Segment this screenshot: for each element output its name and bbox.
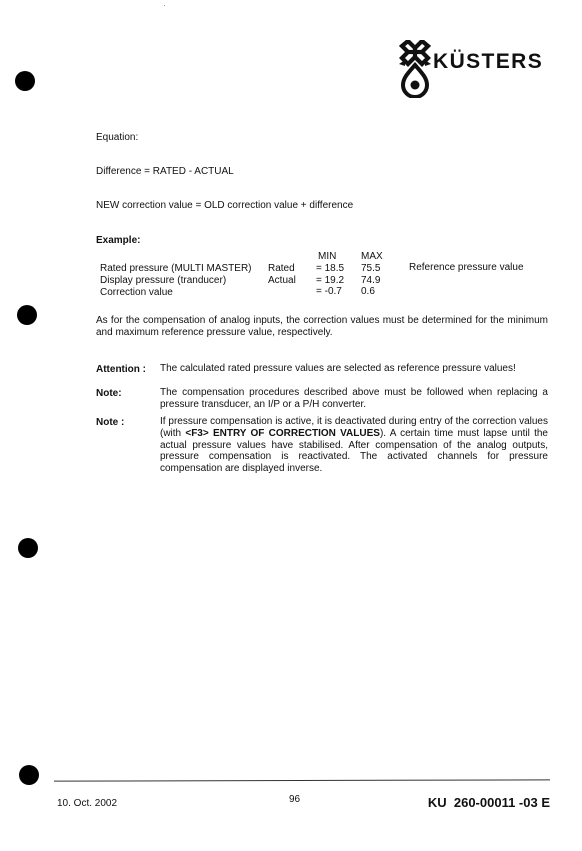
punch-hole xyxy=(19,765,39,785)
brand-logo: KÜSTERS xyxy=(398,40,548,98)
row-label: Display pressure (tranducer) xyxy=(100,275,226,287)
note-text-command: <F3> ENTRY OF CORRECTION VALUES xyxy=(185,428,380,439)
row-label: Rated pressure (MULTI MASTER) xyxy=(100,263,252,275)
row-min: = -0.7 xyxy=(316,286,342,298)
equation-new-correction: NEW correction value = OLD correction va… xyxy=(96,200,353,212)
note-text: The calculated rated pressure values are… xyxy=(160,363,548,375)
punch-hole xyxy=(18,538,38,558)
note-label: Note : xyxy=(96,417,124,428)
column-header-max: MAX xyxy=(361,251,383,263)
brand-name: KÜSTERS xyxy=(433,50,543,74)
note-label: Note: xyxy=(96,388,122,399)
row-type: Actual xyxy=(268,275,296,287)
note-label: Attention : xyxy=(96,364,146,375)
scan-speck xyxy=(164,5,165,6)
row-label: Correction value xyxy=(100,287,173,299)
row-remark: Reference pressure value xyxy=(409,262,524,274)
row-max: 0.6 xyxy=(361,286,375,298)
row-max: 75.5 xyxy=(361,263,380,275)
footer-document-id: KU 260-00011 -03 E xyxy=(428,795,550,810)
footer-divider xyxy=(54,779,550,781)
row-type: Rated xyxy=(268,263,295,275)
row-min: = 18.5 xyxy=(316,263,344,275)
equation-difference: Difference = RATED - ACTUAL xyxy=(96,166,234,178)
note-text: If pressure compensation is active, it i… xyxy=(160,416,548,475)
note-text: The compensation procedures described ab… xyxy=(160,387,548,411)
punch-hole xyxy=(15,71,35,91)
kuesters-knot-logo-icon xyxy=(398,40,432,98)
example-heading: Example: xyxy=(96,235,140,247)
compensation-paragraph: As for the compensation of analog inputs… xyxy=(96,315,548,339)
column-header-min: MIN xyxy=(318,251,336,263)
footer-date: 10. Oct. 2002 xyxy=(57,798,117,809)
punch-hole xyxy=(17,305,37,325)
footer-page-number: 96 xyxy=(289,794,300,805)
equation-heading: Equation: xyxy=(96,132,138,144)
